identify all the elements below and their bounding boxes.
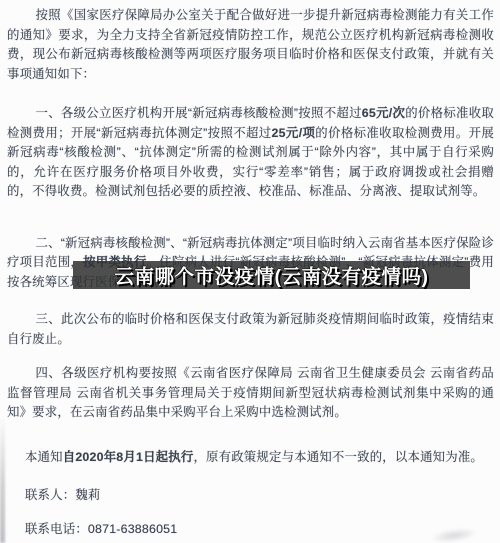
overlay-title: 云南哪个市没疫情(云南没有疫情吗)	[115, 261, 429, 289]
emphasized-text: 25元/项	[272, 126, 316, 140]
paragraph-item-4: 四、各级医疗机构要按照《云南省医疗保障局 云南省卫生健康委员会 云南省药品监督管…	[7, 364, 494, 423]
paragraph-intro: 按照《国家医疗保障局办公室关于配合做好进一步提升新冠病毒检测能力有关工作的通知》…	[7, 6, 494, 84]
emphasized-text: 自2020年8月1日起执行	[63, 450, 194, 464]
body-text: 四、各级医疗机构要按照《云南省医疗保障局 云南省卫生健康委员会 云南省药品监督管…	[7, 366, 494, 419]
paragraph-contact-phone: 联系电话：0871-63886051	[7, 520, 494, 540]
overlay-title-banner: 云南哪个市没疫情(云南没有疫情吗)	[73, 261, 470, 289]
paragraph-item-1: 一、各级公立医疗机构开展“新冠病毒核酸检测”按照不超过65元/次的价格标准收取检…	[7, 104, 494, 202]
body-text: 按照《国家医疗保障局办公室关于配合做好进一步提升新冠病毒检测能力有关工作的通知》…	[7, 8, 494, 81]
body-text: 联系人：魏莉	[25, 488, 101, 502]
paragraph-item-3: 三、此次公布的临时价格和医保支付政策为新冠肺炎疫情期间临时政策，疫情结束自行废止…	[7, 310, 494, 349]
body-text: 一、各级公立医疗机构开展“新冠病毒核酸检测”按照不超过	[36, 106, 362, 120]
paragraph-effective-date: 本通知自2020年8月1日起执行，原有政策规定与本通知不一致的，以本通知为准。	[7, 448, 494, 468]
body-text: ，原有政策规定与本通知不一致的，以本通知为准。	[193, 450, 483, 464]
scan-edge-artifact	[0, 415, 5, 543]
emphasized-text: 65元/次	[362, 106, 405, 120]
document-page: 按照《国家医疗保障局办公室关于配合做好进一步提升新冠病毒检测能力有关工作的通知》…	[0, 0, 500, 543]
body-text: 三、此次公布的临时价格和医保支付政策为新冠肺炎疫情期间临时政策，疫情结束自行废止…	[7, 312, 494, 346]
paragraph-contact-person: 联系人：魏莉	[7, 486, 494, 506]
body-text: 本通知	[25, 450, 63, 464]
body-text: 联系电话：0871-63886051	[25, 522, 177, 536]
